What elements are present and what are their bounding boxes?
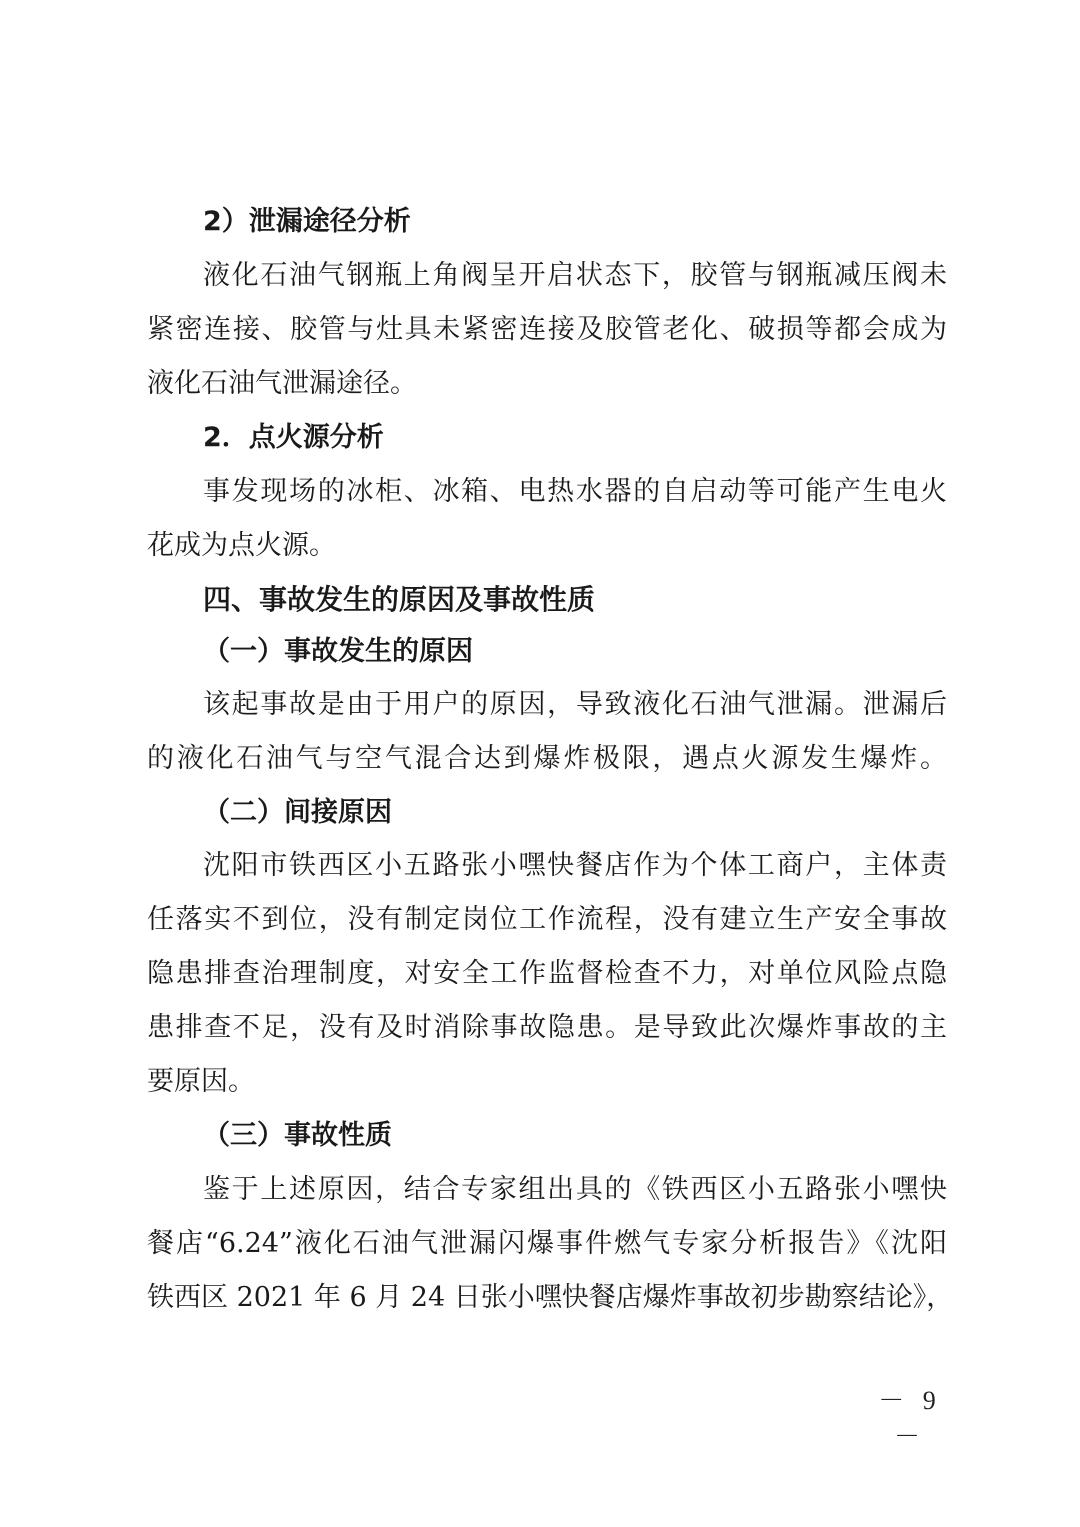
paragraph-line: 该起事故是由于用户的原因，导致液化石油气泄漏。泄漏后: [203, 678, 947, 732]
paragraph-line: 餐店“6.24”液化石油气泄漏闪爆事件燃气专家分析报告》《沈阳: [147, 1217, 947, 1271]
document-page: 2）泄漏途径分析 液化石油气钢瓶上角阀呈开启状态下，胶管与钢瓶减压阀未 紧密连接…: [0, 0, 1080, 1527]
paragraph-line: 任落实不到位，没有制定岗位工作流程，没有建立生产安全事故: [147, 893, 947, 947]
paragraph-line: 液化石油气泄漏途径。: [147, 357, 947, 411]
paragraph-line: 铁西区 2021 年 6 月 24 日张小嘿快餐店爆炸事故初步勘察结论》，: [147, 1271, 947, 1325]
subheading-direct-cause: （一）事故发生的原因: [203, 625, 947, 679]
paragraph-line: 鉴于上述原因，结合专家组出具的《铁西区小五路张小嘿快: [203, 1163, 947, 1217]
paragraph-line: 事发现场的冰柜、冰箱、电热水器的自启动等可能产生电火: [203, 465, 947, 519]
heading-causes-and-nature: 四、事故发生的原因及事故性质: [203, 573, 947, 627]
paragraph-line: 花成为点火源。: [147, 519, 947, 573]
paragraph-line: 的液化石油气与空气混合达到爆炸极限，遇点火源发生爆炸。: [147, 732, 947, 786]
page-number: － 9 －: [860, 1383, 960, 1419]
paragraph-line: 紧密连接、胶管与灶具未紧密连接及胶管老化、破损等都会成为: [147, 303, 947, 357]
subheading-accident-nature: （三）事故性质: [203, 1109, 947, 1163]
subheading-ignition-source: 2．点火源分析: [203, 411, 947, 465]
paragraph-line: 液化石油气钢瓶上角阀呈开启状态下，胶管与钢瓶减压阀未: [203, 249, 947, 303]
paragraph-line: 隐患排查治理制度，对安全工作监督检查不力，对单位风险点隐: [147, 947, 947, 1001]
subheading-indirect-cause: （二）间接原因: [203, 786, 947, 840]
paragraph-line: 沈阳市铁西区小五路张小嘿快餐店作为个体工商户，主体责: [203, 839, 947, 893]
paragraph-line: 要原因。: [147, 1055, 947, 1109]
paragraph-line: 患排查不足，没有及时消除事故隐患。是导致此次爆炸事故的主: [147, 1001, 947, 1055]
subheading-leak-path: 2）泄漏途径分析: [203, 195, 947, 249]
